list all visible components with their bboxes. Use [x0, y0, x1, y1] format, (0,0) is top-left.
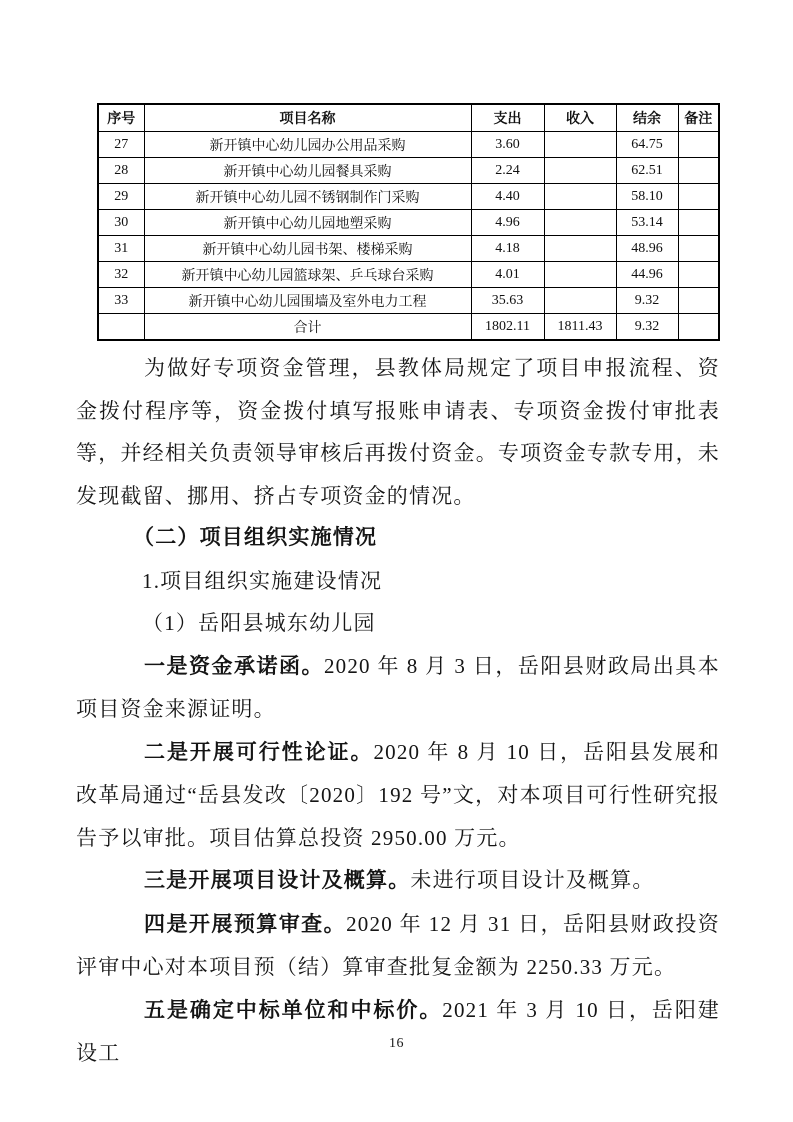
- cell-note: [678, 210, 719, 236]
- cell-project-name: 新开镇中心幼儿园篮球架、乒乓球台采购: [144, 262, 471, 288]
- document-body: 为做好专项资金管理，县教体局规定了项目申报流程、资金拨付程序等，资金拨付填写报账…: [76, 347, 720, 1075]
- cell-note: [678, 132, 719, 158]
- content-area: 序号 项目名称 支出 收入 结余 备注 27 新开镇中心幼儿园办公用品采购 3.…: [0, 103, 793, 1075]
- paragraph-lead: 四是开展预算审查。: [144, 913, 346, 936]
- cell-note: [678, 314, 719, 341]
- paragraph-item-5: 五是确定中标单位和中标价。2021 年 3 月 10 日，岳阳建设工: [76, 989, 720, 1075]
- header-expense: 支出: [471, 104, 544, 132]
- cell-balance: 58.10: [616, 184, 678, 210]
- cell-project-name: 合计: [144, 314, 471, 341]
- cell-balance: 64.75: [616, 132, 678, 158]
- cell-note: [678, 236, 719, 262]
- table-row: 32 新开镇中心幼儿园篮球架、乒乓球台采购 4.01 44.96: [98, 262, 719, 288]
- cell-income: [544, 262, 616, 288]
- paragraph-text: 为做好专项资金管理，县教体局规定了项目申报流程、资金拨付程序等，资金拨付填写报账…: [76, 356, 720, 508]
- cell-project-name: 新开镇中心幼儿园地塑采购: [144, 210, 471, 236]
- cell-balance: 53.14: [616, 210, 678, 236]
- cell-note: [678, 288, 719, 314]
- cell-income: [544, 236, 616, 262]
- paragraph-lead: 二是开展可行性论证。: [144, 741, 373, 764]
- subsection-heading-2: （1）岳阳县城东幼儿园: [76, 602, 720, 645]
- cell-income: [544, 184, 616, 210]
- cell-seq: 27: [98, 132, 144, 158]
- cell-seq: [98, 314, 144, 341]
- cell-balance: 9.32: [616, 288, 678, 314]
- table-total-row: 合计 1802.11 1811.43 9.32: [98, 314, 719, 341]
- heading-text: （二）项目组织实施情况: [133, 526, 377, 549]
- paragraph-lead: 五是确定中标单位和中标价。: [144, 999, 442, 1022]
- table-row: 31 新开镇中心幼儿园书架、楼梯采购 4.18 48.96: [98, 236, 719, 262]
- project-funds-table: 序号 项目名称 支出 收入 结余 备注 27 新开镇中心幼儿园办公用品采购 3.…: [97, 103, 720, 341]
- table-row: 30 新开镇中心幼儿园地塑采购 4.96 53.14: [98, 210, 719, 236]
- cell-project-name: 新开镇中心幼儿园不锈钢制作门采购: [144, 184, 471, 210]
- cell-expense: 4.96: [471, 210, 544, 236]
- cell-expense: 1802.11: [471, 314, 544, 341]
- table-header-row: 序号 项目名称 支出 收入 结余 备注: [98, 104, 719, 132]
- cell-income: [544, 210, 616, 236]
- header-income: 收入: [544, 104, 616, 132]
- cell-expense: 2.24: [471, 158, 544, 184]
- header-project-name: 项目名称: [144, 104, 471, 132]
- subsection-heading-1: 1.项目组织实施建设情况: [76, 560, 720, 603]
- paragraph-item-4: 四是开展预算审查。2020 年 12 月 31 日，岳阳县财政投资评审中心对本项…: [76, 903, 720, 989]
- cell-balance: 44.96: [616, 262, 678, 288]
- cell-balance: 48.96: [616, 236, 678, 262]
- cell-income: [544, 158, 616, 184]
- cell-seq: 30: [98, 210, 144, 236]
- cell-expense: 4.01: [471, 262, 544, 288]
- cell-project-name: 新开镇中心幼儿园办公用品采购: [144, 132, 471, 158]
- header-seq: 序号: [98, 104, 144, 132]
- cell-income: [544, 288, 616, 314]
- table-row: 28 新开镇中心幼儿园餐具采购 2.24 62.51: [98, 158, 719, 184]
- header-balance: 结余: [616, 104, 678, 132]
- paragraph-text: 未进行项目设计及概算。: [410, 868, 654, 892]
- cell-project-name: 新开镇中心幼儿园围墙及室外电力工程: [144, 288, 471, 314]
- cell-project-name: 新开镇中心幼儿园书架、楼梯采购: [144, 236, 471, 262]
- subheading-text: 1.项目组织实施建设情况: [142, 569, 382, 593]
- cell-expense: 35.63: [471, 288, 544, 314]
- cell-note: [678, 184, 719, 210]
- cell-seq: 29: [98, 184, 144, 210]
- page-number: 16: [0, 1036, 793, 1052]
- table-row: 29 新开镇中心幼儿园不锈钢制作门采购 4.40 58.10: [98, 184, 719, 210]
- table-row: 27 新开镇中心幼儿园办公用品采购 3.60 64.75: [98, 132, 719, 158]
- section-heading: （二）项目组织实施情况: [76, 517, 720, 560]
- cell-balance: 9.32: [616, 314, 678, 341]
- paragraph-item-2: 二是开展可行性论证。2020 年 8 月 10 日，岳阳县发展和改革局通过“岳县…: [76, 731, 720, 860]
- cell-note: [678, 158, 719, 184]
- cell-income: [544, 132, 616, 158]
- paragraph-lead: 一是资金承诺函。: [144, 655, 324, 678]
- paragraph-lead: 三是开展项目设计及概算。: [144, 869, 410, 892]
- paragraph-item-3: 三是开展项目设计及概算。未进行项目设计及概算。: [76, 859, 720, 903]
- header-note: 备注: [678, 104, 719, 132]
- document-page: 序号 项目名称 支出 收入 结余 备注 27 新开镇中心幼儿园办公用品采购 3.…: [0, 0, 793, 1122]
- cell-seq: 32: [98, 262, 144, 288]
- cell-project-name: 新开镇中心幼儿园餐具采购: [144, 158, 471, 184]
- cell-expense: 4.40: [471, 184, 544, 210]
- cell-seq: 28: [98, 158, 144, 184]
- table-row: 33 新开镇中心幼儿园围墙及室外电力工程 35.63 9.32: [98, 288, 719, 314]
- paragraph-item-1: 一是资金承诺函。2020 年 8 月 3 日，岳阳县财政局出具本项目资金来源证明…: [76, 645, 720, 731]
- subheading-text: （1）岳阳县城东幼儿园: [142, 611, 376, 635]
- cell-expense: 3.60: [471, 132, 544, 158]
- cell-balance: 62.51: [616, 158, 678, 184]
- cell-note: [678, 262, 719, 288]
- paragraph-fund-management: 为做好专项资金管理，县教体局规定了项目申报流程、资金拨付程序等，资金拨付填写报账…: [76, 347, 720, 517]
- cell-seq: 31: [98, 236, 144, 262]
- cell-expense: 4.18: [471, 236, 544, 262]
- cell-income: 1811.43: [544, 314, 616, 341]
- cell-seq: 33: [98, 288, 144, 314]
